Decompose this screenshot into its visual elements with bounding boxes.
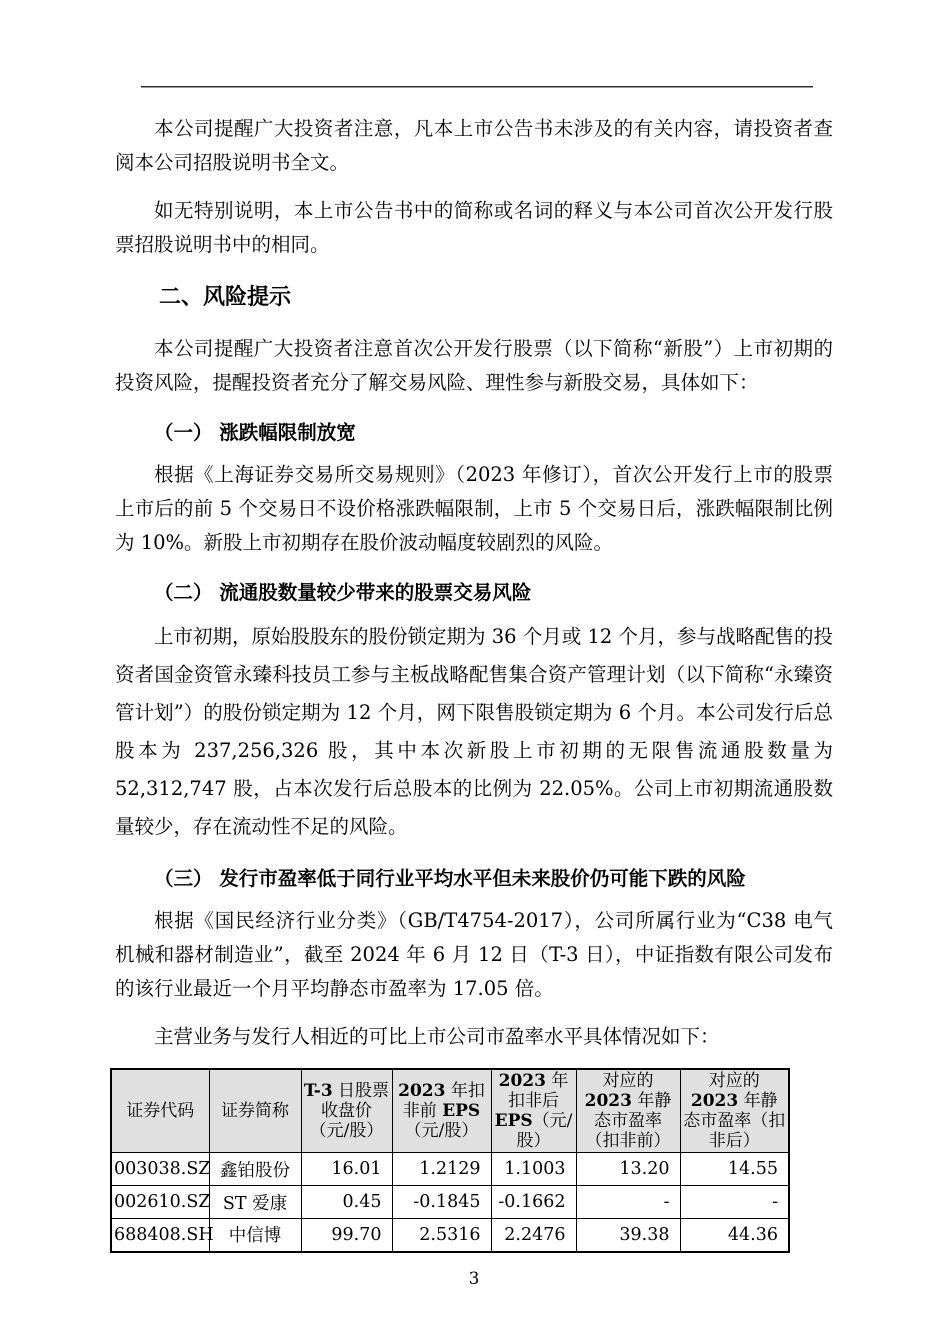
document-blocks: 本公司提醒广大投资者注意，凡本上市公告书未涉及的有关内容，请投资者查阅本公司招股…: [115, 112, 833, 1054]
comparable-pe-table: 证券代码证券简称T-3 日股票收盘价（元/股）2023 年扣非前 EPS（元/股…: [110, 1068, 790, 1253]
sub-heading: （三） 发行市盈率低于同行业平均水平但未来股价仍可能下跌的风险: [115, 862, 833, 896]
table-row: 002610.SZST 爱康0.45-0.1845-0.1662--: [111, 1186, 789, 1219]
document-content: 本公司提醒广大投资者注意，凡本上市公告书未涉及的有关内容，请投资者查阅本公司招股…: [115, 112, 833, 1289]
table-cell: 2.5316: [392, 1219, 491, 1252]
table-cell: 2.2476: [491, 1219, 576, 1252]
section-heading: 二、风险提示: [115, 280, 833, 314]
sub-heading: （一） 涨跌幅限制放宽: [115, 416, 833, 450]
table-cell: 1.1003: [491, 1153, 576, 1186]
table-cell: ST 爱康: [209, 1186, 301, 1219]
table-header-cell: 2023 年扣非前 EPS（元/股）: [392, 1069, 491, 1153]
header-rule: [141, 86, 813, 88]
table-cell: 14.55: [680, 1153, 789, 1186]
table-cell: -: [576, 1186, 680, 1219]
table-header-cell: 证券代码: [111, 1069, 209, 1153]
table-row: 688408.SH中信博99.702.53162.247639.3844.36: [111, 1219, 789, 1252]
paragraph: 本公司提醒广大投资者注意，凡本上市公告书未涉及的有关内容，请投资者查阅本公司招股…: [115, 112, 833, 180]
table-body: 003038.SZ鑫铂股份16.011.21291.100313.2014.55…: [111, 1153, 789, 1252]
table-cell: 16.01: [301, 1153, 392, 1186]
table-cell: 中信博: [209, 1219, 301, 1252]
document-page: 本公司提醒广大投资者注意，凡本上市公告书未涉及的有关内容，请投资者查阅本公司招股…: [0, 0, 950, 1344]
table-cell: 688408.SH: [111, 1219, 209, 1252]
paragraph: 上市初期，原始股股东的股份锁定期为 36 个月或 12 个月，参与战略配售的投资…: [115, 618, 833, 846]
paragraph: 根据《国民经济行业分类》（GB/T4754-2017），公司所属行业为“C38 …: [115, 904, 833, 1006]
table-cell: 99.70: [301, 1219, 392, 1252]
table-header-row: 证券代码证券简称T-3 日股票收盘价（元/股）2023 年扣非前 EPS（元/股…: [111, 1069, 789, 1153]
table-header-cell: 对应的 2023 年静态市盈率（扣非前）: [576, 1069, 680, 1153]
table-header-cell: 证券简称: [209, 1069, 301, 1153]
table-header-cell: 2023 年扣非后 EPS（元/股）: [491, 1069, 576, 1153]
page-number: 3: [115, 1269, 833, 1289]
table-cell: 003038.SZ: [111, 1153, 209, 1186]
table-cell: -0.1662: [491, 1186, 576, 1219]
table-cell: 13.20: [576, 1153, 680, 1186]
table-cell: 鑫铂股份: [209, 1153, 301, 1186]
table-cell: 1.2129: [392, 1153, 491, 1186]
table-head: 证券代码证券简称T-3 日股票收盘价（元/股）2023 年扣非前 EPS（元/股…: [111, 1069, 789, 1153]
sub-heading: （二） 流通股数量较少带来的股票交易风险: [115, 576, 833, 610]
paragraph: 主营业务与发行人相近的可比上市公司市盈率水平具体情况如下：: [115, 1020, 833, 1054]
table-header-cell: 对应的 2023 年静态市盈率（扣非后）: [680, 1069, 789, 1153]
paragraph: 根据《上海证券交易所交易规则》（2023 年修订），首次公开发行上市的股票上市后…: [115, 458, 833, 560]
table-row: 003038.SZ鑫铂股份16.011.21291.100313.2014.55: [111, 1153, 789, 1186]
table-cell: -0.1845: [392, 1186, 491, 1219]
table-cell: 0.45: [301, 1186, 392, 1219]
table-header-cell: T-3 日股票收盘价（元/股）: [301, 1069, 392, 1153]
paragraph: 本公司提醒广大投资者注意首次公开发行股票（以下简称“新股”）上市初期的投资风险，…: [115, 332, 833, 400]
table-cell: -: [680, 1186, 789, 1219]
table-cell: 39.38: [576, 1219, 680, 1252]
table-cell: 44.36: [680, 1219, 789, 1252]
table-cell: 002610.SZ: [111, 1186, 209, 1219]
paragraph: 如无特别说明，本上市公告书中的简称或名词的释义与本公司首次公开发行股票招股说明书…: [115, 194, 833, 262]
